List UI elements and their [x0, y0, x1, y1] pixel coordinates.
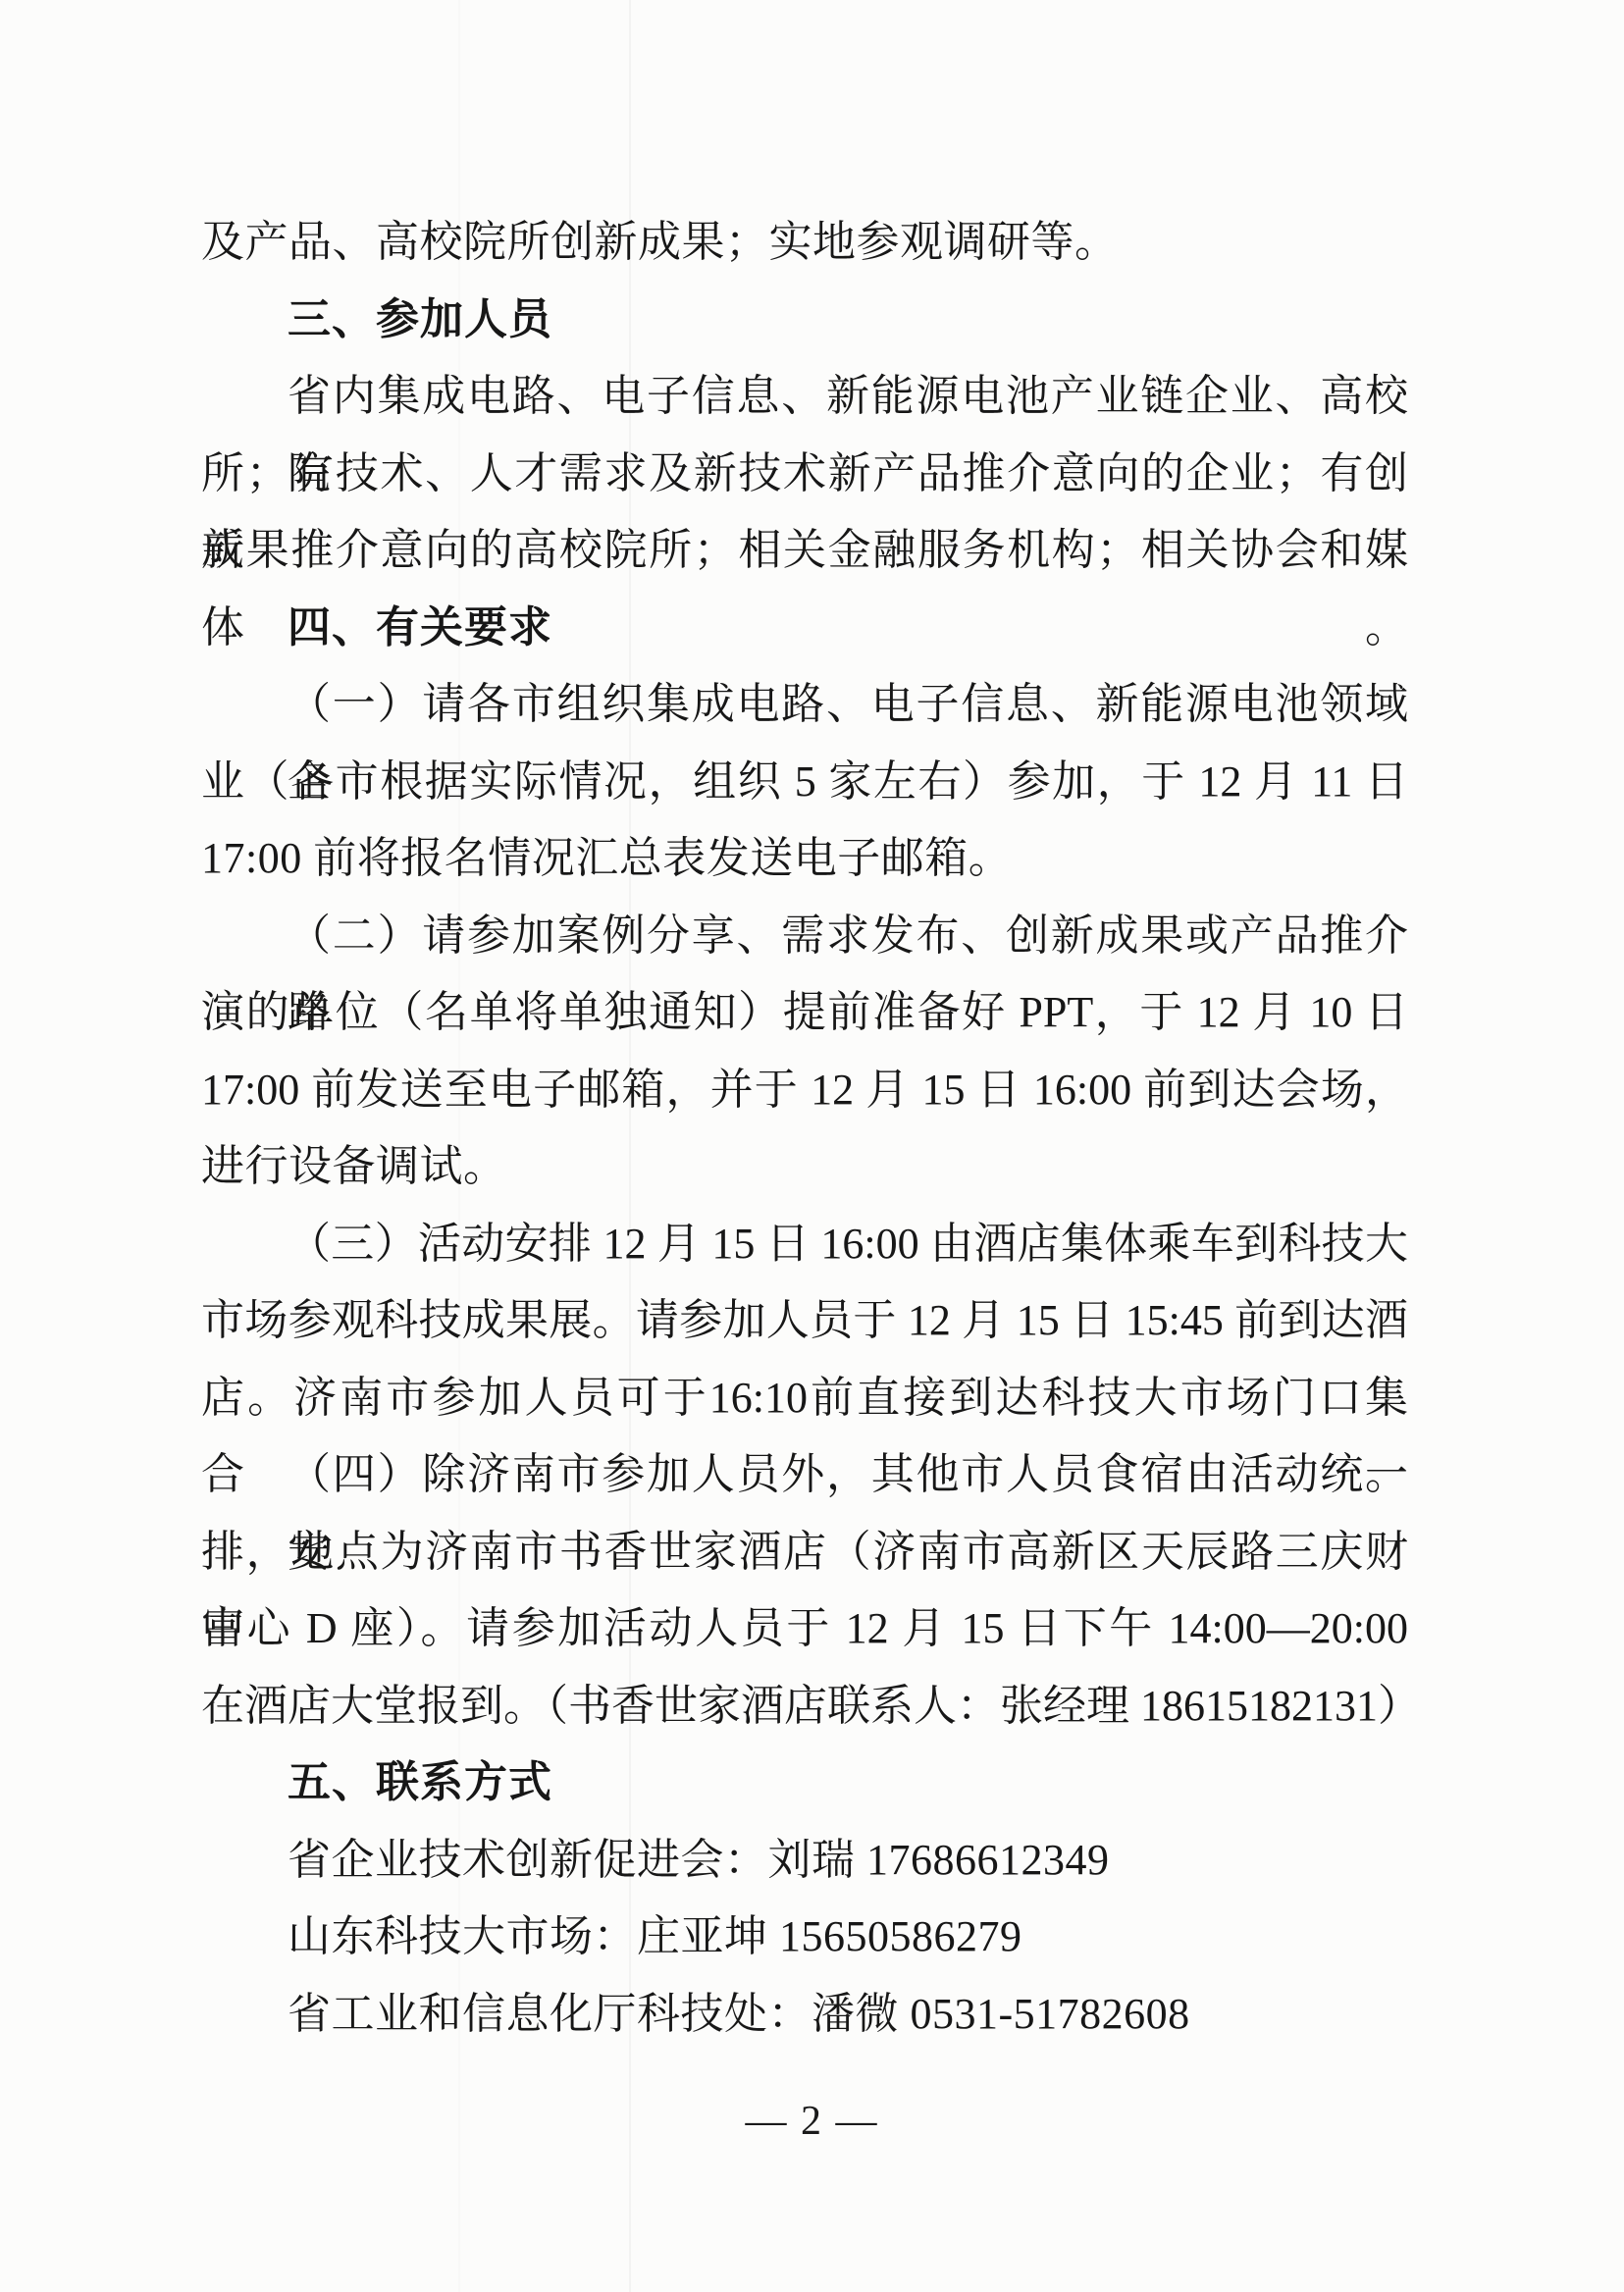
participants-paragraph-line-3: 成果推介意向的高校院所；相关金融服务机构；相关协会和媒体。: [201, 512, 1408, 590]
contact-line-industry-dept: 省工业和信息化厅科技处：潘微 0531-51782608: [201, 1976, 1408, 2054]
requirement-3-line-3: 店。济南市参加人员可于16:10前直接到达科技大市场门口集合。: [201, 1360, 1408, 1437]
contact-line-promotion-association: 省企业技术创新促进会：刘瑞 17686612349: [201, 1822, 1408, 1900]
document-body: 及产品、高校院所创新成果；实地参观调研等。 三、参加人员 省内集成电路、电子信息…: [201, 204, 1408, 2053]
participants-paragraph-line-2: 所；有技术、人才需求及新技术新产品推介意向的企业；有创新: [201, 436, 1408, 513]
requirement-2-line-4: 进行设备调试。: [201, 1128, 1408, 1206]
section-heading-contacts: 五、联系方式: [201, 1745, 1408, 1822]
participants-paragraph-line-1: 省内集成电路、电子信息、新能源电池产业链企业、高校院: [201, 358, 1408, 436]
requirement-4-line-4: 在酒店大堂报到。（书香世家酒店联系人：张经理 18615182131）: [201, 1668, 1408, 1745]
requirement-2-line-2: 演的单位（名单将单独通知）提前准备好 PPT，于 12 月 10 日: [201, 974, 1408, 1052]
requirement-3-line-2: 市场参观科技成果展。请参加人员于 12 月 15 日 15:45 前到达酒: [201, 1282, 1408, 1360]
requirement-2-line-1: （二）请参加案例分享、需求发布、创新成果或产品推介路: [201, 898, 1408, 975]
page-number: — 2 —: [0, 2098, 1624, 2145]
requirement-4-line-2: 排，地点为济南市书香世家酒店（济南市高新区天辰路三庆财富: [201, 1514, 1408, 1591]
section-heading-participants: 三、参加人员: [201, 282, 1408, 359]
requirement-1-line-1: （一）请各市组织集成电路、电子信息、新能源电池领域企: [201, 666, 1408, 744]
continued-paragraph-line: 及产品、高校院所创新成果；实地参观调研等。: [201, 204, 1408, 282]
requirement-2-line-3: 17:00 前发送至电子邮箱，并于 12 月 15 日 16:00 前到达会场，: [201, 1052, 1408, 1129]
requirement-4-line-3: 中心 D 座）。请参加活动人员于 12 月 15 日下午 14:00—20:00: [201, 1590, 1408, 1668]
requirement-3-line-1: （三）活动安排 12 月 15 日 16:00 由酒店集体乘车到科技大: [201, 1206, 1408, 1283]
requirement-1-line-3: 17:00 前将报名情况汇总表发送电子邮箱。: [201, 820, 1408, 898]
document-page: 及产品、高校院所创新成果；实地参观调研等。 三、参加人员 省内集成电路、电子信息…: [0, 0, 1624, 2292]
contact-line-tech-market: 山东科技大市场：庄亚坤 15650586279: [201, 1899, 1408, 1976]
requirement-1-line-2: 业（各市根据实际情况，组织 5 家左右）参加，于 12 月 11 日: [201, 744, 1408, 821]
requirement-4-line-1: （四）除济南市参加人员外，其他市人员食宿由活动统一安: [201, 1436, 1408, 1514]
